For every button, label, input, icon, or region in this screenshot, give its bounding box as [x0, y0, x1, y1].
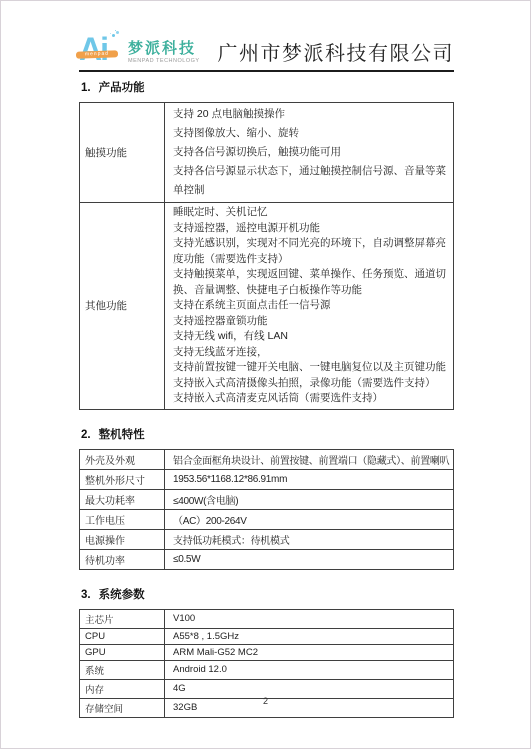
section-title: 系统参数 [99, 586, 145, 602]
row-label: GPU [80, 644, 165, 660]
row-value: A55*8 , 1.5GHz [165, 628, 454, 644]
logo-english-name: MENPAD TECHNOLOGY [128, 58, 200, 64]
spec-table-body: 外壳及外观铝合金面框角块设计、前置按键、前置端口（隐藏式）、前置喇叭整机外形尺寸… [80, 449, 454, 569]
row-value: ARM Mali-G52 MC2 [165, 644, 454, 660]
row-label: 触摸功能 [80, 103, 165, 203]
feature-line: 睡眠定时、关机记忆 [173, 205, 449, 221]
row-label: 最大功耗率 [80, 489, 165, 509]
company-title: 广州市梦派科技有限公司 [218, 37, 455, 67]
company-logo: Ai menpad 梦派科技 MENPAD TECHNOLOGY [79, 31, 200, 67]
feature-line: 支持无线 wifi，有线 LAN [173, 329, 449, 345]
logo-ai-mark: Ai menpad [79, 31, 123, 67]
spec-table-body: 触摸功能支持 20 点电脑触摸操作支持图像放大、缩小、旋转支持各信号源切换后，触… [80, 103, 454, 410]
feature-line: 支持图像放大、缩小、旋转 [173, 124, 449, 143]
section-number: 2. [81, 429, 91, 441]
spec-table: 触摸功能支持 20 点电脑触摸操作支持图像放大、缩小、旋转支持各信号源切换后，触… [79, 102, 454, 410]
row-value: 铝合金面框角块设计、前置按键、前置端口（隐藏式）、前置喇叭 [165, 449, 454, 469]
table-row: 电源操作支持低功耗模式：待机模式 [80, 529, 454, 549]
feature-line: 支持各信号源显示状态下，通过触摸控制信号源、音量等菜单控制 [173, 162, 449, 200]
document-page: Ai menpad 梦派科技 MENPAD TECHNOLOGY 广州市梦派科技… [0, 0, 531, 749]
feature-line: 支持遥控器，遥控电源开机功能 [173, 221, 449, 237]
section-heading: 2.整机特性 [81, 426, 454, 442]
row-value: 睡眠定时、关机记忆支持遥控器，遥控电源开机功能支持光感识别，实现对不同光亮的环境… [165, 203, 454, 410]
feature-line: 支持嵌入式高清摄像头拍照，录像功能（需要选件支持） [173, 376, 449, 392]
row-label: 电源操作 [80, 529, 165, 549]
table-row: 系统Android 12.0 [80, 660, 454, 679]
row-value: V100 [165, 609, 454, 628]
row-label: 其他功能 [80, 203, 165, 410]
row-value: Android 12.0 [165, 660, 454, 679]
row-label: CPU [80, 628, 165, 644]
row-label: 外壳及外观 [80, 449, 165, 469]
row-label: 主芯片 [80, 609, 165, 628]
row-label: 系统 [80, 660, 165, 679]
table-row: CPUA55*8 , 1.5GHz [80, 628, 454, 644]
feature-line: 支持 20 点电脑触摸操作 [173, 105, 449, 124]
table-row: 最大功耗率≤400W(含电脑) [80, 489, 454, 509]
logo-ribbon-banner: menpad [76, 50, 118, 58]
logo-text-block: 梦派科技 MENPAD TECHNOLOGY [128, 41, 200, 67]
table-row: 待机功率≤0.5W [80, 549, 454, 569]
section-title: 产品功能 [99, 79, 145, 95]
page-number: 2 [1, 696, 530, 706]
table-row: 触摸功能支持 20 点电脑触摸操作支持图像放大、缩小、旋转支持各信号源切换后，触… [80, 103, 454, 203]
row-value: （AC）200-264V [165, 509, 454, 529]
section: 2.整机特性外壳及外观铝合金面框角块设计、前置按键、前置端口（隐藏式）、前置喇叭… [79, 426, 454, 570]
section-heading: 3.系统参数 [81, 586, 454, 602]
section-number: 3. [81, 589, 91, 601]
feature-line: 支持各信号源切换后，触摸功能可用 [173, 143, 449, 162]
row-label: 整机外形尺寸 [80, 469, 165, 489]
table-row: 外壳及外观铝合金面框角块设计、前置按键、前置端口（隐藏式）、前置喇叭 [80, 449, 454, 469]
row-label: 待机功率 [80, 549, 165, 569]
section-heading: 1.产品功能 [81, 79, 454, 95]
feature-line: 支持光感识别，实现对不同光亮的环境下，自动调整屏幕亮度功能（需要选件支持） [173, 236, 449, 267]
table-row: 工作电压（AC）200-264V [80, 509, 454, 529]
logo-splash-dots-icon [112, 34, 115, 37]
document-header: Ai menpad 梦派科技 MENPAD TECHNOLOGY 广州市梦派科技… [79, 31, 454, 72]
feature-line: 支持前置按键一键开关电脑、一键电脑复位以及主页键功能 [173, 360, 449, 376]
row-value: 支持 20 点电脑触摸操作支持图像放大、缩小、旋转支持各信号源切换后，触摸功能可… [165, 103, 454, 203]
table-row: 主芯片V100 [80, 609, 454, 628]
section-number: 1. [81, 82, 91, 94]
spec-table: 外壳及外观铝合金面框角块设计、前置按键、前置端口（隐藏式）、前置喇叭整机外形尺寸… [79, 449, 454, 570]
row-label: 工作电压 [80, 509, 165, 529]
section-title: 整机特性 [99, 426, 145, 442]
logo-ai-letters: Ai [79, 31, 123, 67]
spec-sections: 1.产品功能触摸功能支持 20 点电脑触摸操作支持图像放大、缩小、旋转支持各信号… [79, 79, 454, 718]
feature-line: 支持遥控器童锁功能 [173, 314, 449, 330]
feature-line: 支持嵌入式高清麦克风话筒（需要选件支持） [173, 391, 449, 407]
feature-line: 支持在系统主页面点击任一信号源 [173, 298, 449, 314]
section: 1.产品功能触摸功能支持 20 点电脑触摸操作支持图像放大、缩小、旋转支持各信号… [79, 79, 454, 410]
feature-line: 支持无线蓝牙连接， [173, 345, 449, 361]
row-value: ≤0.5W [165, 549, 454, 569]
row-value: 支持低功耗模式：待机模式 [165, 529, 454, 549]
table-row: 其他功能睡眠定时、关机记忆支持遥控器，遥控电源开机功能支持光感识别，实现对不同光… [80, 203, 454, 410]
table-row: 整机外形尺寸1953.56*1168.12*86.91mm [80, 469, 454, 489]
logo-chinese-name: 梦派科技 [128, 41, 200, 57]
feature-line: 支持触摸菜单，实现返回键、菜单操作、任务预览、通道切换、音量调整、快捷电子白板操… [173, 267, 449, 298]
row-value: 1953.56*1168.12*86.91mm [165, 469, 454, 489]
table-row: GPUARM Mali-G52 MC2 [80, 644, 454, 660]
row-value: ≤400W(含电脑) [165, 489, 454, 509]
